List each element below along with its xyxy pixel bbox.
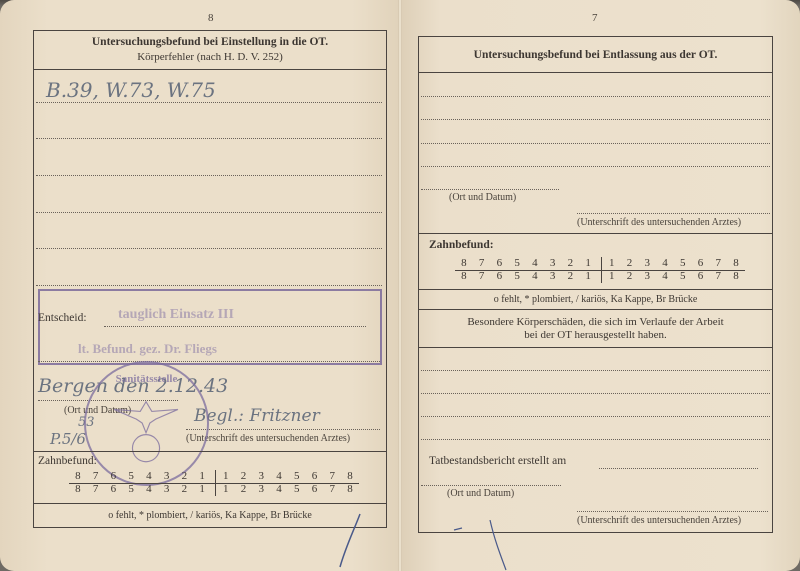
dental-lower-row: 87654321 12345678 xyxy=(455,270,745,283)
dotted-line xyxy=(36,175,382,176)
dotted-line xyxy=(38,361,380,362)
dotted-line xyxy=(421,166,770,167)
decision-label: Entscheid: xyxy=(38,312,87,324)
divider xyxy=(34,503,386,504)
divider xyxy=(34,451,386,452)
signature-caption: (Unterschrift des untersuchenden Arztes) xyxy=(577,217,741,228)
place-date-caption: (Ort und Datum) xyxy=(449,192,516,203)
handwritten-note: P.5/6 xyxy=(50,430,86,448)
dotted-line xyxy=(421,416,770,417)
dotted-line xyxy=(36,102,382,103)
dental-label: Zahnbefund: xyxy=(429,239,494,251)
report-date-field xyxy=(599,468,758,469)
divider xyxy=(419,72,772,73)
injuries-title-line-2: bei der OT herausgestellt haben. xyxy=(419,328,772,343)
dotted-line xyxy=(421,393,770,394)
divider xyxy=(419,233,772,234)
exam-title: Untersuchungsbefund bei Einstellung in d… xyxy=(34,35,386,50)
dotted-line xyxy=(421,370,770,371)
dotted-line xyxy=(577,511,768,512)
eagle-emblem-icon xyxy=(86,363,207,484)
handwritten-signature: Begl.: Fritzner xyxy=(194,406,320,426)
signature-caption: (Unterschrift des untersuchenden Arztes) xyxy=(186,433,350,444)
dental-chart: 87654321 12345678 87654321 12345678 xyxy=(69,470,359,496)
left-page: 8 Untersuchungsbefund bei Einstellung in… xyxy=(0,0,400,571)
divider xyxy=(419,347,772,348)
dotted-line xyxy=(421,439,770,440)
pen-mark-icon xyxy=(330,512,370,571)
divider xyxy=(34,69,386,70)
dotted-line xyxy=(36,138,382,139)
page-number: 8 xyxy=(208,12,214,24)
discharge-form-box: Untersuchungsbefund bei Entlassung aus d… xyxy=(418,36,773,533)
dotted-line xyxy=(36,285,382,286)
decision-stamp-text-2: lt. Befund. gez. Dr. Fliegs xyxy=(78,341,217,357)
dotted-line xyxy=(577,213,770,214)
divider xyxy=(419,289,772,290)
report-label: Tatbestandsbericht erstellt am xyxy=(429,455,566,467)
page-number: 7 xyxy=(592,12,598,24)
place-date-caption: (Ort und Datum) xyxy=(447,488,514,499)
dental-label: Zahnbefund: xyxy=(38,455,97,467)
dental-lower-row: 87654321 12345678 xyxy=(69,483,359,496)
dotted-line xyxy=(104,326,366,327)
exam-subtitle: Körperfehler (nach H. D. V. 252) xyxy=(34,50,386,65)
pen-mark-icon xyxy=(450,520,510,571)
handwritten-findings: B.39, W.73, W.75 xyxy=(46,78,216,102)
dental-upper-row: 87654321 12345678 xyxy=(455,257,745,270)
dotted-line xyxy=(421,143,770,144)
dental-upper-row: 87654321 12345678 xyxy=(69,470,359,483)
decision-stamp-text: tauglich Einsatz III xyxy=(118,307,234,323)
signature-caption: (Unterschrift des untersuchenden Arztes) xyxy=(577,515,741,526)
dotted-line xyxy=(186,429,380,430)
dotted-line xyxy=(36,248,382,249)
dotted-line xyxy=(421,96,770,97)
dental-legend: o fehlt, * plombiert, / kariös, Ka Kappe… xyxy=(419,294,772,305)
right-page: 7 Untersuchungsbefund bei Entlassung aus… xyxy=(400,0,800,571)
dotted-line xyxy=(36,212,382,213)
dotted-line xyxy=(421,189,559,190)
book-spine xyxy=(398,0,402,571)
dotted-line xyxy=(421,119,770,120)
dotted-line xyxy=(421,485,561,486)
exam-form-box: Untersuchungsbefund bei Einstellung in d… xyxy=(33,30,387,528)
discharge-title: Untersuchungsbefund bei Entlassung aus d… xyxy=(419,48,772,63)
divider xyxy=(419,309,772,310)
dental-chart: 87654321 12345678 87654321 12345678 xyxy=(455,257,745,283)
official-round-stamp: Sanitätsstelle xyxy=(84,361,209,486)
